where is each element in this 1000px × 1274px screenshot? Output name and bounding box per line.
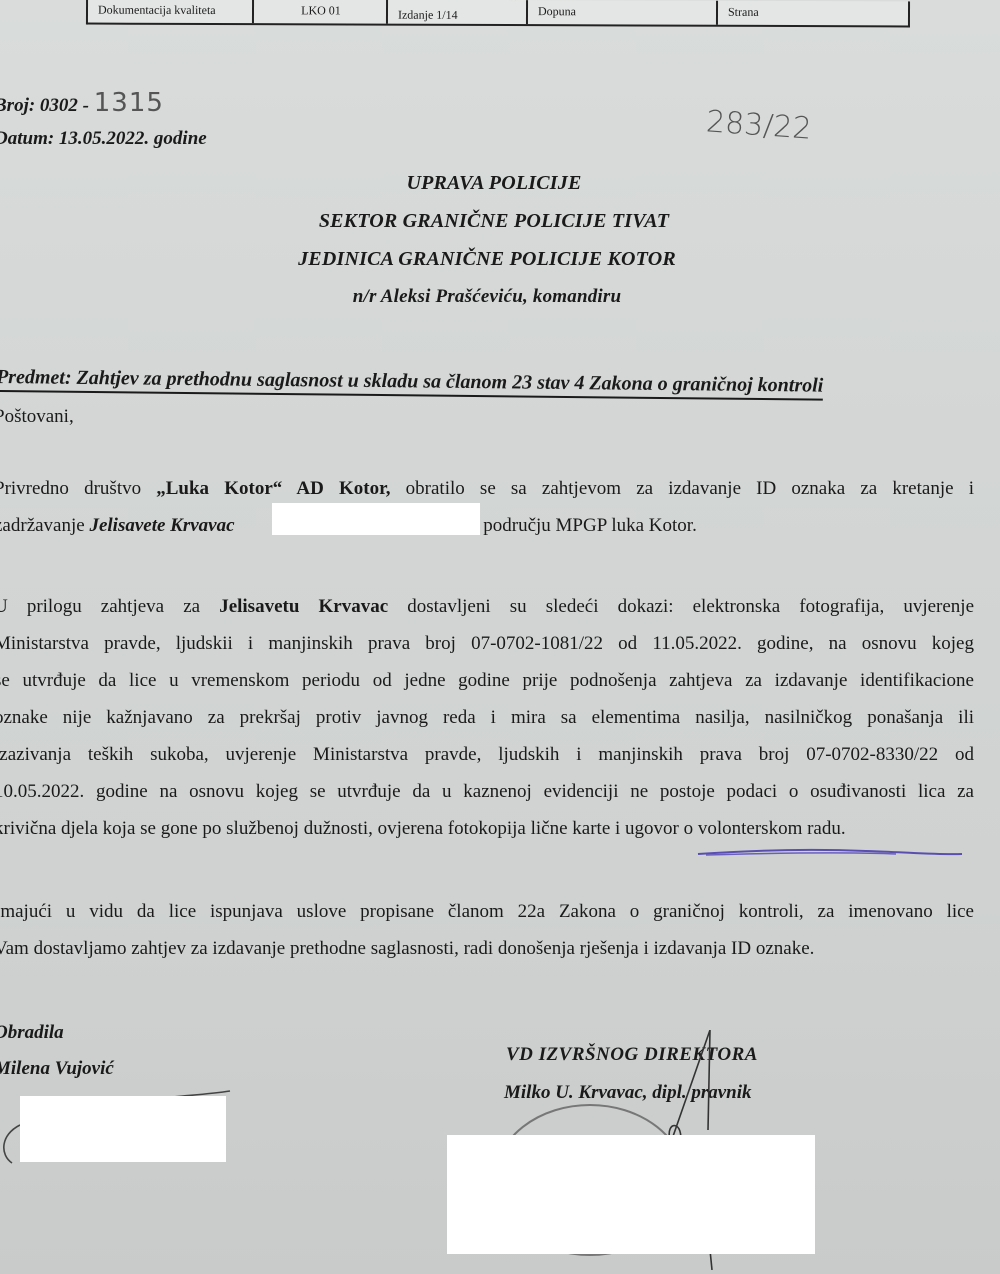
recipient-block: UPRAVA POLICIJE SEKTOR GRANIČNE POLICIJE…: [0, 172, 1000, 308]
document-number-label: Broj: 0302 -: [0, 95, 94, 116]
text-fragment: obratilo se sa zahtjevom za izdavanje ID…: [391, 478, 974, 499]
salutation: Poštovani,: [0, 406, 74, 428]
paragraph-2-line-6: 10.05.2022. godine na osnovu kojeg se ut…: [0, 773, 974, 810]
recipient-line-4: n/r Aleksi Prašćeviću, komandiru: [0, 286, 1000, 308]
document-number: Broj: 0302 - 1315: [0, 88, 164, 118]
text-fragment: Privredno društvo: [0, 478, 156, 499]
text-fragment: U prilogu zahtjeva za: [0, 596, 219, 617]
person-name: Jelisavetu Krvavac: [219, 596, 388, 617]
redaction-box: [20, 1096, 226, 1162]
paragraph-2-line-4: oznake nije kažnjavano za prekršaj proti…: [0, 699, 974, 736]
person-name: Jelisavete Krvavac: [89, 515, 234, 536]
document-date: Datum: 13.05.2022. godine: [0, 128, 207, 150]
header-cell-amendment: Dopuna: [528, 0, 718, 25]
handwritten-register-note: 283/22: [705, 104, 813, 146]
recipient-line-1: UPRAVA POLICIJE: [0, 172, 1000, 210]
paragraph-2: U prilogu zahtjeva za Jelisavetu Krvavac…: [0, 588, 974, 847]
paragraph-2-line-1: U prilogu zahtjeva za Jelisavetu Krvavac…: [0, 588, 974, 625]
text-fragment: dostavljeni su sledeći dokazi: elektrons…: [388, 596, 974, 617]
paragraph-3-line-1: Imajući u vidu da lice ispunjava uslove …: [0, 893, 974, 930]
paragraph-3-line-2: Vam dostavljamo zahtjev za izdavanje pre…: [0, 930, 974, 967]
text-fragment: na području MPGP luka Kotor.: [461, 515, 697, 536]
quality-doc-header-table: Dokumentacija kvaliteta LKO 01 Izdanje 1…: [86, 0, 910, 27]
header-cell-page: Strana: [718, 1, 908, 26]
subject-line: Predmet: Zahtjev za prethodnu saglasnost…: [0, 366, 823, 401]
recipient-line-3: JEDINICA GRANIČNE POLICIJE KOTOR: [0, 248, 1000, 286]
prepared-by-name: Milena Vujović: [0, 1058, 114, 1080]
paragraph-2-line-3: se utvrđuje da lice u vremenskom periodu…: [0, 662, 974, 699]
pen-underline-mark: [696, 848, 964, 858]
paragraph-1-line-1: Privredno društvo „Luka Kotor“ AD Kotor,…: [0, 470, 974, 507]
redaction-box: [272, 503, 480, 535]
header-cell-doc-type: Dokumentacija kvaliteta: [88, 0, 254, 23]
redaction-box: [447, 1135, 815, 1254]
recipient-line-2: SEKTOR GRANIČNE POLICIJE TIVAT: [0, 210, 1000, 248]
company-name: „Luka Kotor“ AD Kotor,: [156, 478, 390, 499]
header-cell-edition: Izdanje 1/14: [388, 0, 528, 24]
header-cell-code: LKO 01: [254, 0, 388, 24]
paragraph-1: Privredno društvo „Luka Kotor“ AD Kotor,…: [0, 470, 974, 544]
text-fragment: zadržavanje: [0, 515, 89, 536]
handwritten-number: 1315: [94, 88, 164, 118]
prepared-by-label: Obradila: [0, 1022, 64, 1044]
paragraph-3: Imajući u vidu da lice ispunjava uslove …: [0, 893, 974, 967]
paragraph-2-line-2: Ministarstva pravde, ljudskii i manjinsk…: [0, 625, 974, 662]
paragraph-2-line-5: izazivanja teških sukoba, uvjerenje Mini…: [0, 736, 974, 773]
paragraph-2-line-7: krivična djela koja se gone po službenoj…: [0, 810, 974, 847]
paragraph-1-line-2: zadržavanje Jelisavete Krvavacna područj…: [0, 507, 974, 544]
